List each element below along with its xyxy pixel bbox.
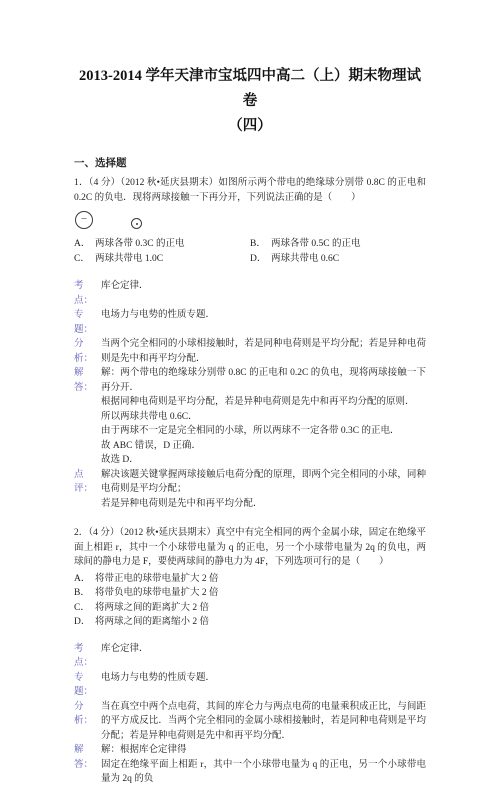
small-ball-icon — [131, 218, 142, 229]
option-a-letter: A． — [74, 237, 95, 252]
question-2-options: A．将带正电的球带电量扩大 2 倍 B．将带负电的球带电量扩大 2 倍 C．将两… — [74, 572, 426, 630]
option-c-text: 将两球之间的距离扩大 2 倍 — [95, 603, 209, 613]
jieda-row: 解答： 解：根据库仑定律得 固定在绝缘平面上相距 r，其中一个小球带电量为 q … — [74, 743, 426, 787]
zhuanti-label: 专题： — [74, 308, 101, 337]
dianping-row: 点评： 解决该题关键掌握两球接触后电荷分配的原理，即两个完全相同的小球，同种电荷… — [74, 468, 426, 512]
option-a-text: 两球各带 0.3C 的正电 — [95, 239, 184, 249]
fenxi-label: 分析： — [74, 700, 101, 729]
option-a: A．将带正电的球带电量扩大 2 倍 — [74, 572, 426, 587]
negative-ball-icon: − — [75, 211, 93, 229]
kaodian-row: 考点： 库仑定律． — [74, 279, 426, 308]
zhuanti-row: 专题： 电场力与电势的性质专题． — [74, 671, 426, 700]
question-2-stem: 2．（4 分）（2012 秋•延庆县期末）真空中有完全相同的两个金属小球，固定在… — [74, 526, 426, 570]
jieda-line: 固定在绝缘平面上相距 r，其中一个小球带电量为 q 的正电，另一个小球带电量为 … — [101, 758, 426, 787]
option-b-text: 两球各带 0.5C 的正电 — [271, 239, 360, 249]
option-b-letter: B． — [74, 586, 95, 601]
option-d-letter: D． — [74, 615, 95, 630]
dianping-label: 点评： — [74, 468, 101, 497]
fenxi-row: 分析： 当两个完全相同的小球相接触时，若是同种电荷则是平均分配；若是异种电荷则是… — [74, 337, 426, 366]
dianping-line: 解决该题关键掌握两球接触后电荷分配的原理，即两个完全相同的小球，同种电荷则是平均… — [101, 468, 426, 497]
fenxi-row: 分析： 当在真空中两个点电荷，其间的库仑力与两点电荷的电量乘积成正比，与间距的平… — [74, 700, 426, 744]
option-c-letter: C． — [74, 601, 95, 616]
kaodian-content: 库仑定律． — [101, 642, 426, 657]
option-c: C．两球共带电 1.0C — [74, 252, 250, 267]
option-d: D．两球共带电 0.6C — [250, 252, 426, 267]
kaodian-content: 库仑定律． — [101, 279, 426, 294]
option-d-text: 两球共带电 0.6C — [271, 254, 339, 264]
jieda-line: 所以两球共带电 0.6C． — [101, 410, 426, 425]
paper-title: 2013-2014 学年天津市宝坻四中高二（上）期末物理试卷 （四） — [74, 64, 426, 139]
section-header-multiple-choice: 一、选择题 — [74, 156, 426, 171]
fenxi-label: 分析： — [74, 337, 101, 366]
option-d-text: 将两球之间的距离缩小 2 倍 — [95, 617, 209, 627]
question-1-options: A．两球各带 0.3C 的正电 B．两球各带 0.5C 的正电 C．两球共带电 … — [74, 237, 426, 267]
option-c-text: 两球共带电 1.0C — [95, 254, 163, 264]
zhuanti-content: 电场力与电势的性质专题． — [101, 308, 426, 323]
jieda-content: 解：根据库仑定律得 固定在绝缘平面上相距 r，其中一个小球带电量为 q 的正电，… — [101, 743, 426, 787]
option-b: B．两球各带 0.5C 的正电 — [250, 237, 426, 252]
exam-paper-page: 2013-2014 学年天津市宝坻四中高二（上）期末物理试卷 （四） 一、选择题… — [74, 0, 426, 787]
question-1: 1．（4 分）（2012 秋•延庆县期末）如图所示两个带电的绝缘球分别带 0.8… — [74, 176, 426, 511]
option-b-text: 将带负电的球带电量扩大 2 倍 — [95, 588, 219, 598]
dianping-content: 解决该题关键掌握两球接触后电荷分配的原理，即两个完全相同的小球，同种电荷则是平均… — [101, 468, 426, 512]
paper-title-line1: 2013-2014 学年天津市宝坻四中高二（上）期末物理试卷 — [74, 64, 426, 114]
option-a-text: 将带正电的球带电量扩大 2 倍 — [95, 574, 219, 584]
option-c: C．将两球之间的距离扩大 2 倍 — [74, 601, 426, 616]
jieda-line: 解：根据库仑定律得 — [101, 743, 426, 758]
option-a: A．两球各带 0.3C 的正电 — [74, 237, 250, 252]
kaodian-row: 考点： 库仑定律． — [74, 642, 426, 671]
dianping-line: 若是异种电荷则是先中和再平均分配． — [101, 497, 426, 512]
option-d: D．将两球之间的距离缩小 2 倍 — [74, 615, 426, 630]
zhuanti-content: 电场力与电势的性质专题． — [101, 671, 426, 686]
charge-balls-figure: − — [74, 209, 426, 235]
zhuanti-row: 专题： 电场力与电势的性质专题． — [74, 308, 426, 337]
zhuanti-label: 专题： — [74, 671, 101, 700]
option-b-letter: B． — [250, 237, 271, 252]
question-2-explanation: 考点： 库仑定律． 专题： 电场力与电势的性质专题． 分析： 当在真空中两个点电… — [74, 642, 426, 787]
jieda-content: 解：两个带电的绝缘球分别带 0.8C 的正电和 0.2C 的负电，现将两球接触一… — [101, 366, 426, 468]
option-b: B．将带负电的球带电量扩大 2 倍 — [74, 586, 426, 601]
option-a-letter: A． — [74, 572, 95, 587]
jieda-line: 故选 D． — [101, 453, 426, 468]
fenxi-content: 当在真空中两个点电荷，其间的库仑力与两点电荷的电量乘积成正比，与间距的平方成反比… — [101, 700, 426, 744]
jieda-label: 解答： — [74, 743, 101, 772]
jieda-line: 由于两球不一定是完全相同的小球，所以两球不一定各带 0.3C 的正电． — [101, 424, 426, 439]
jieda-line: 根据同种电荷则是平均分配，若是异种电荷则是先中和再平均分配的原则． — [101, 395, 426, 410]
charge-dot-icon — [136, 223, 138, 225]
jieda-line: 解：两个带电的绝缘球分别带 0.8C 的正电和 0.2C 的负电，现将两球接触一… — [101, 366, 426, 395]
jieda-row: 解答： 解：两个带电的绝缘球分别带 0.8C 的正电和 0.2C 的负电，现将两… — [74, 366, 426, 468]
option-d-letter: D． — [250, 252, 271, 267]
question-2: 2．（4 分）（2012 秋•延庆县期末）真空中有完全相同的两个金属小球，固定在… — [74, 526, 426, 787]
question-1-stem: 1．（4 分）（2012 秋•延庆县期末）如图所示两个带电的绝缘球分别带 0.8… — [74, 176, 426, 205]
jieda-line: 故 ABC 错误，D 正确． — [101, 439, 426, 454]
fenxi-content: 当两个完全相同的小球相接触时，若是同种电荷则是平均分配；若是异种电荷则是先中和再… — [101, 337, 426, 366]
paper-title-line2: （四） — [74, 114, 426, 139]
question-1-explanation: 考点： 库仑定律． 专题： 电场力与电势的性质专题． 分析： 当两个完全相同的小… — [74, 279, 426, 511]
kaodian-label: 考点： — [74, 279, 101, 308]
jieda-label: 解答： — [74, 366, 101, 395]
option-c-letter: C． — [74, 252, 95, 267]
kaodian-label: 考点： — [74, 642, 101, 671]
